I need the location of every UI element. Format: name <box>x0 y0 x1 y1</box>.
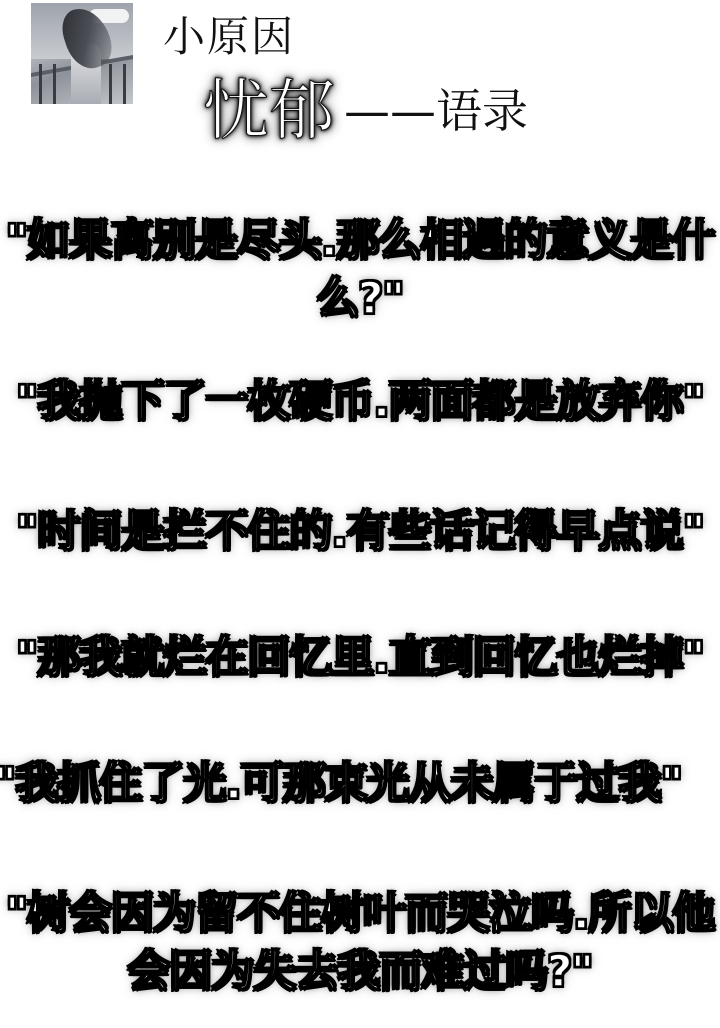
quote-5: "我抓住了光.可那束光从未属于过我" <box>0 755 698 813</box>
quote-1: "如果离别是尽头.那么相遇的意义是什 么?" <box>0 212 720 328</box>
page-subtitle: ——语录 <box>344 88 528 134</box>
quote-6: "树会因为留不住树叶而哭泣吗.所以他 会因为失去我而难过吗?" <box>0 885 720 1001</box>
quote-3: "时间是拦不住的.有些话记得早点说" <box>0 503 720 561</box>
avatar-railing-bar <box>109 64 112 104</box>
avatar-railing-bar <box>123 64 126 104</box>
avatar-image <box>31 3 133 104</box>
quote-2: "我抛下了一枚硬币.两面都是放弃你" <box>0 373 720 431</box>
avatar-railing-bar <box>39 64 42 104</box>
brand-name: 小原因 <box>163 16 295 58</box>
page-title: 忧郁 <box>203 78 335 144</box>
avatar-railing-bar <box>53 64 56 104</box>
quote-4: "那我就烂在回忆里.直到回忆也烂掉" <box>0 629 720 687</box>
